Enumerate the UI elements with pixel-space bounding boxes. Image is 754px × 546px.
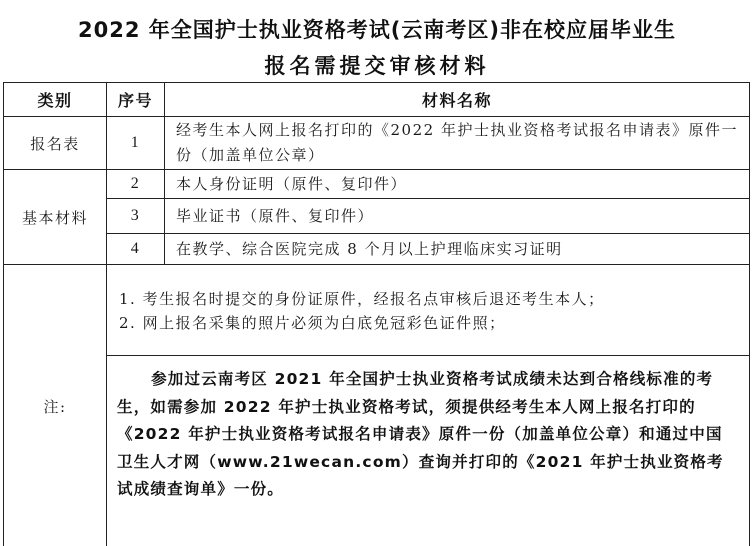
number-cell: 3	[107, 199, 165, 234]
header-number: 序号	[107, 83, 165, 117]
number-cell: 1	[107, 117, 165, 170]
note-item: 2. 网上报名采集的照片必须为白底免冠彩色证件照；	[119, 311, 737, 335]
number-cell: 2	[107, 170, 165, 199]
notes-paragraph-cell: 参加过云南考区 2021 年全国护士执业资格考试成绩未达到合格线标准的考生，如需…	[107, 356, 750, 546]
table-row: 报名表 1 经考生本人网上报名打印的《2022 年护士执业资格考试报名申请表》原…	[4, 117, 750, 170]
document-title-line-1: 2022 年全国护士执业资格考试(云南考区)非在校应届毕业生	[0, 14, 754, 44]
header-category: 类别	[4, 83, 107, 117]
document-title-line-2: 报名需提交审核材料	[0, 50, 754, 80]
material-cell: 本人身份证明（原件、复印件）	[165, 170, 750, 199]
material-cell: 经考生本人网上报名打印的《2022 年护士执业资格考试报名申请表》原件一份（加盖…	[165, 117, 750, 170]
table-header-row: 类别 序号 材料名称	[4, 83, 750, 117]
notes-paragraph: 参加过云南考区 2021 年全国护士执业资格考试成绩未达到合格线标准的考生，如需…	[117, 366, 735, 504]
number-cell: 4	[107, 234, 165, 265]
category-cell: 报名表	[4, 117, 107, 170]
notes-list-cell: 1. 考生报名时提交的身份证原件，经报名点审核后退还考生本人； 2. 网上报名采…	[107, 265, 750, 356]
material-cell: 毕业证书（原件、复印件）	[165, 199, 750, 234]
table-row: 4 在教学、综合医院完成 8 个月以上护理临床实习证明	[4, 234, 750, 265]
note-item: 1. 考生报名时提交的身份证原件，经报名点审核后退还考生本人；	[119, 287, 737, 311]
notes-row: 注: 1. 考生报名时提交的身份证原件，经报名点审核后退还考生本人； 2. 网上…	[4, 265, 750, 356]
category-cell: 基本材料	[4, 170, 107, 265]
table-row: 基本材料 2 本人身份证明（原件、复印件）	[4, 170, 750, 199]
notes-label: 注:	[4, 265, 107, 546]
materials-table: 类别 序号 材料名称 报名表 1 经考生本人网上报名打印的《2022 年护士执业…	[3, 82, 750, 546]
header-material-name: 材料名称	[165, 83, 750, 117]
material-cell: 在教学、综合医院完成 8 个月以上护理临床实习证明	[165, 234, 750, 265]
notes-paragraph-row: 参加过云南考区 2021 年全国护士执业资格考试成绩未达到合格线标准的考生，如需…	[4, 356, 750, 546]
table-row: 3 毕业证书（原件、复印件）	[4, 199, 750, 234]
